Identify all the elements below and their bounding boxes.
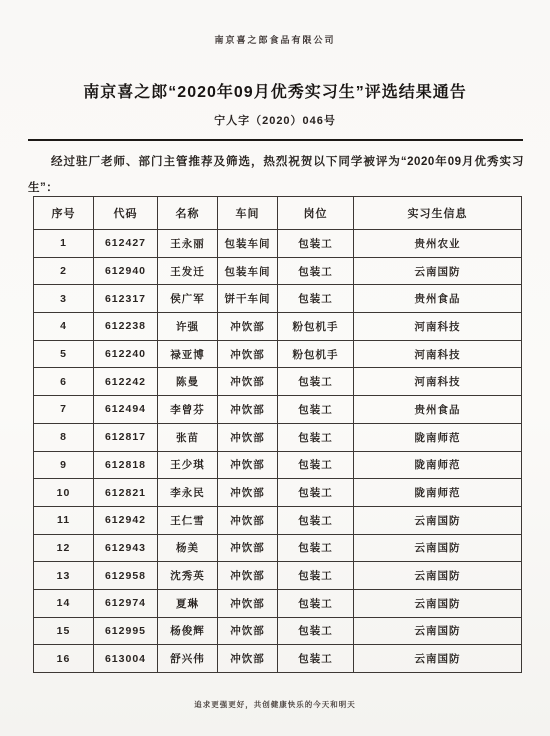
table-cell: 李曾芬 (158, 396, 218, 424)
table-cell: 6 (34, 368, 94, 396)
table-cell: 5 (34, 340, 94, 368)
table-cell: 河南科技 (354, 368, 522, 396)
footer-slogan: 追求更强更好，共创健康快乐的今天和明天 (0, 699, 550, 710)
table-cell: 612821 (94, 479, 158, 507)
table-row: 2612940王发迁包装车间包装工云南国防 (34, 257, 522, 285)
table-cell: 冲饮部 (218, 562, 278, 590)
table-cell: 612317 (94, 285, 158, 313)
table-header-cell: 序号 (34, 197, 94, 230)
table-cell: 王仁雪 (158, 506, 218, 534)
table-cell: 612494 (94, 396, 158, 424)
table-cell: 12 (34, 534, 94, 562)
table-cell: 包装工 (278, 368, 354, 396)
table-row: 16613004舒兴伟冲饮部包装工云南国防 (34, 645, 522, 673)
table-cell: 云南国防 (354, 534, 522, 562)
table-row: 13612958沈秀英冲饮部包装工云南国防 (34, 562, 522, 590)
table-cell: 陇南师范 (354, 451, 522, 479)
table-cell: 包装工 (278, 396, 354, 424)
results-table: 序号代码名称车间岗位实习生信息 1612427王永丽包装车间包装工贵州农业261… (33, 196, 522, 673)
table-cell: 包装工 (278, 589, 354, 617)
table-cell: 包装车间 (218, 230, 278, 258)
intro-paragraph: 经过驻厂老师、部门主管推荐及筛选，热烈祝贺以下同学被评为“2020年09月优秀实… (28, 149, 524, 201)
table-cell: 张苗 (158, 423, 218, 451)
table-cell: 包装工 (278, 257, 354, 285)
table-cell: 包装工 (278, 230, 354, 258)
table-cell: 冲饮部 (218, 340, 278, 368)
table-cell: 612240 (94, 340, 158, 368)
table-cell: 舒兴伟 (158, 645, 218, 673)
table-cell: 河南科技 (354, 313, 522, 341)
table-row: 10612821李永民冲饮部包装工陇南师范 (34, 479, 522, 507)
table-cell: 贵州农业 (354, 230, 522, 258)
table-cell: 包装工 (278, 645, 354, 673)
table-cell: 冲饮部 (218, 368, 278, 396)
table-cell: 1 (34, 230, 94, 258)
table-cell: 禄亚博 (158, 340, 218, 368)
table-cell: 包装工 (278, 617, 354, 645)
table-cell: 粉包机手 (278, 340, 354, 368)
table-row: 7612494李曾芬冲饮部包装工贵州食品 (34, 396, 522, 424)
table-cell: 14 (34, 589, 94, 617)
table-cell: 冲饮部 (218, 645, 278, 673)
table-row: 6612242陈曼冲饮部包装工河南科技 (34, 368, 522, 396)
table-cell: 冲饮部 (218, 534, 278, 562)
table-cell: 10 (34, 479, 94, 507)
table-header-cell: 代码 (94, 197, 158, 230)
table-cell: 侯广军 (158, 285, 218, 313)
table-cell: 冲饮部 (218, 479, 278, 507)
table-cell: 云南国防 (354, 589, 522, 617)
table-cell: 2 (34, 257, 94, 285)
document-title: 南京喜之郎“2020年09月优秀实习生”评选结果通告 (0, 79, 550, 102)
table-cell: 冲饮部 (218, 396, 278, 424)
table-cell: 3 (34, 285, 94, 313)
table-cell: 613004 (94, 645, 158, 673)
table-cell: 王发迁 (158, 257, 218, 285)
table-header-cell: 车间 (218, 197, 278, 230)
table-row: 4612238许强冲饮部粉包机手河南科技 (34, 313, 522, 341)
table-cell: 包装车间 (218, 257, 278, 285)
table-cell: 612242 (94, 368, 158, 396)
table-header-row: 序号代码名称车间岗位实习生信息 (34, 197, 522, 230)
table-cell: 15 (34, 617, 94, 645)
table-cell: 云南国防 (354, 617, 522, 645)
table-header-cell: 岗位 (278, 197, 354, 230)
table-header-cell: 实习生信息 (354, 197, 522, 230)
table-row: 12612943杨美冲饮部包装工云南国防 (34, 534, 522, 562)
table-cell: 7 (34, 396, 94, 424)
table-cell: 612943 (94, 534, 158, 562)
document-number: 宁人字（2020）046号 (0, 112, 550, 128)
table-cell: 王少琪 (158, 451, 218, 479)
table-row: 1612427王永丽包装车间包装工贵州农业 (34, 230, 522, 258)
table-cell: 贵州食品 (354, 396, 522, 424)
table-cell: 9 (34, 451, 94, 479)
table-cell: 包装工 (278, 506, 354, 534)
table-cell: 王永丽 (158, 230, 218, 258)
table-cell: 612817 (94, 423, 158, 451)
table-cell: 612940 (94, 257, 158, 285)
table-cell: 11 (34, 506, 94, 534)
table-cell: 包装工 (278, 562, 354, 590)
company-name: 南京喜之郎食品有限公司 (0, 33, 550, 46)
table-row: 15612995杨俊辉冲饮部包装工云南国防 (34, 617, 522, 645)
table-cell: 云南国防 (354, 562, 522, 590)
table-cell: 612995 (94, 617, 158, 645)
table-cell: 4 (34, 313, 94, 341)
document-page: 南京喜之郎食品有限公司 南京喜之郎“2020年09月优秀实习生”评选结果通告 宁… (0, 0, 550, 736)
table-cell: 16 (34, 645, 94, 673)
table-cell: 612238 (94, 313, 158, 341)
table-cell: 河南科技 (354, 340, 522, 368)
table-cell: 云南国防 (354, 645, 522, 673)
table-cell: 冲饮部 (218, 617, 278, 645)
table-cell: 13 (34, 562, 94, 590)
table-cell: 612974 (94, 589, 158, 617)
divider-rule (28, 139, 523, 141)
table-cell: 612942 (94, 506, 158, 534)
table-cell: 冲饮部 (218, 589, 278, 617)
table-cell: 云南国防 (354, 506, 522, 534)
table-row: 11612942王仁雪冲饮部包装工云南国防 (34, 506, 522, 534)
table-cell: 8 (34, 423, 94, 451)
table-cell: 612818 (94, 451, 158, 479)
table-cell: 冲饮部 (218, 423, 278, 451)
table-cell: 杨美 (158, 534, 218, 562)
table-cell: 陇南师范 (354, 423, 522, 451)
table-header-cell: 名称 (158, 197, 218, 230)
table-cell: 冲饮部 (218, 313, 278, 341)
table-body: 1612427王永丽包装车间包装工贵州农业2612940王发迁包装车间包装工云南… (34, 230, 522, 673)
table-cell: 陇南师范 (354, 479, 522, 507)
table-cell: 包装工 (278, 479, 354, 507)
table-cell: 陈曼 (158, 368, 218, 396)
table-cell: 杨俊辉 (158, 617, 218, 645)
table-row: 9612818王少琪冲饮部包装工陇南师范 (34, 451, 522, 479)
table-row: 3612317侯广军饼干车间包装工贵州食品 (34, 285, 522, 313)
table-cell: 李永民 (158, 479, 218, 507)
table-cell: 夏琳 (158, 589, 218, 617)
table-row: 14612974夏琳冲饮部包装工云南国防 (34, 589, 522, 617)
table-cell: 612958 (94, 562, 158, 590)
table-cell: 粉包机手 (278, 313, 354, 341)
table-row: 5612240禄亚博冲饮部粉包机手河南科技 (34, 340, 522, 368)
table-cell: 612427 (94, 230, 158, 258)
table-cell: 许强 (158, 313, 218, 341)
table-row: 8612817张苗冲饮部包装工陇南师范 (34, 423, 522, 451)
table-cell: 冲饮部 (218, 506, 278, 534)
table-cell: 包装工 (278, 285, 354, 313)
table-cell: 云南国防 (354, 257, 522, 285)
table-cell: 包装工 (278, 423, 354, 451)
table-cell: 包装工 (278, 534, 354, 562)
table-cell: 沈秀英 (158, 562, 218, 590)
table-cell: 饼干车间 (218, 285, 278, 313)
table-cell: 冲饮部 (218, 451, 278, 479)
table-cell: 包装工 (278, 451, 354, 479)
table-cell: 贵州食品 (354, 285, 522, 313)
